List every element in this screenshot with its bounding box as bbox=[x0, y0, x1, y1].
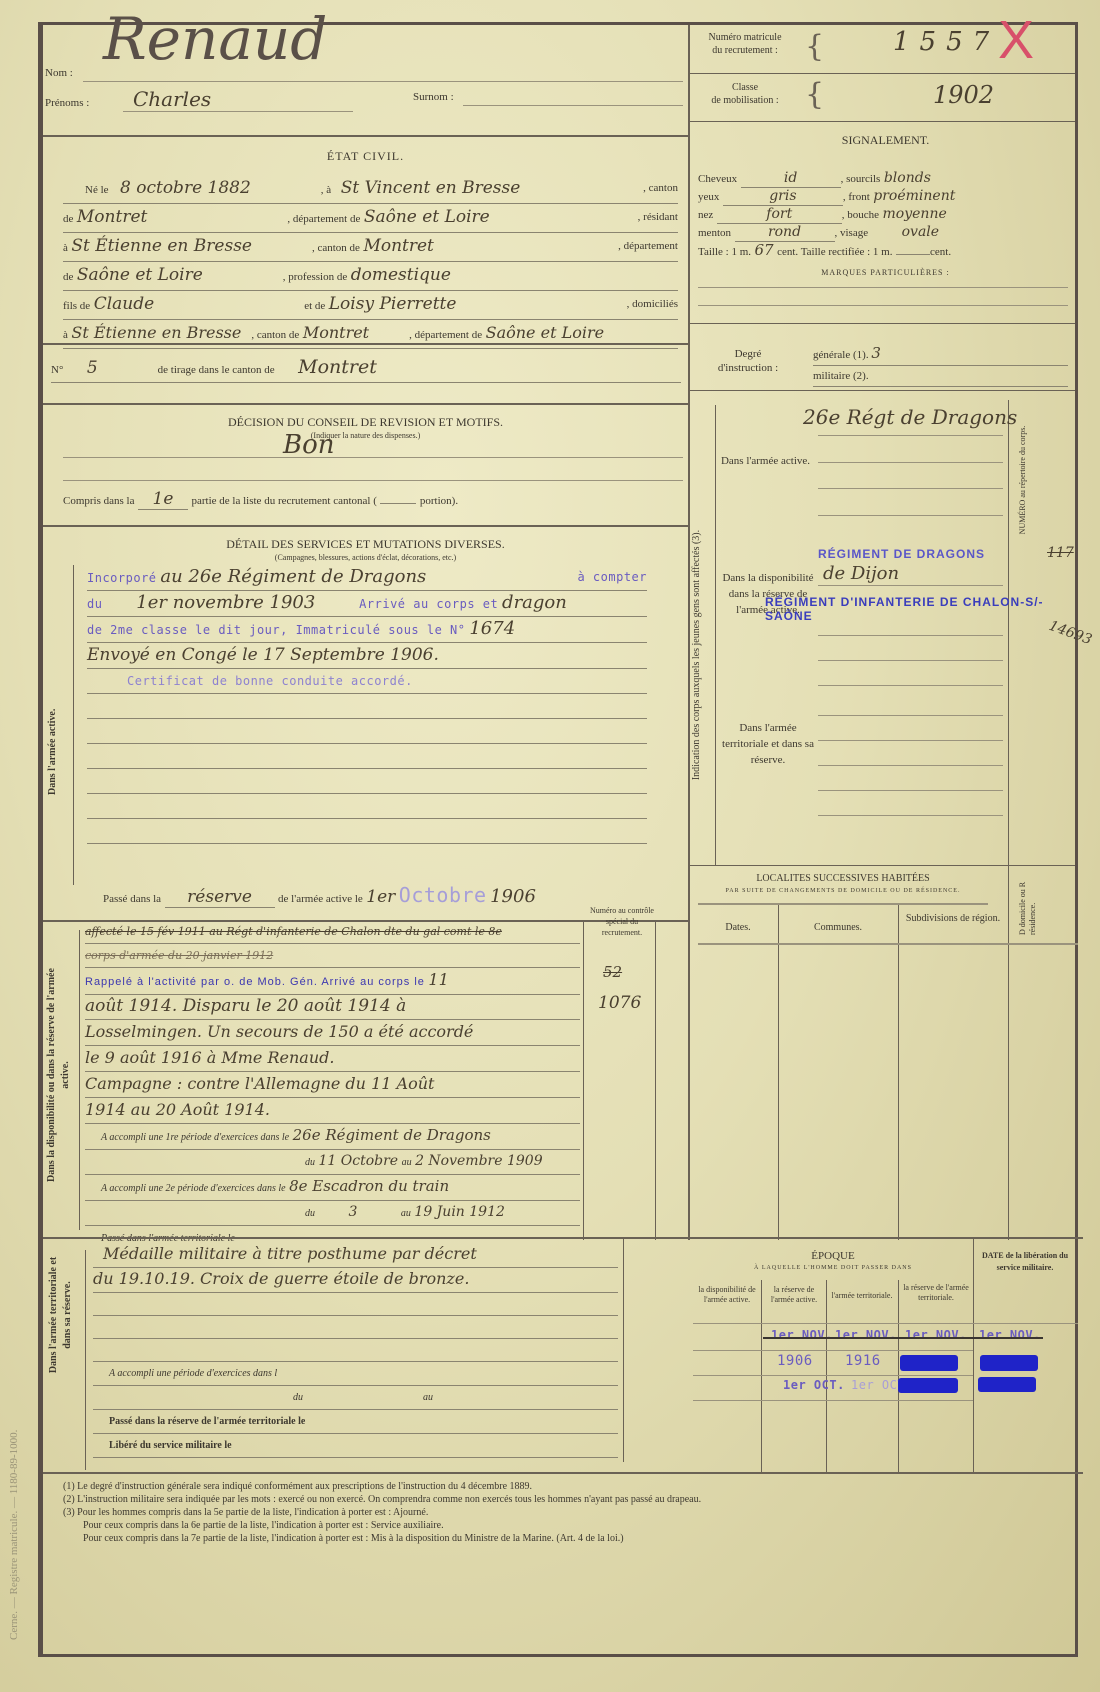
compris-row: Compris dans la 1e partie de la liste du… bbox=[63, 489, 458, 510]
compris-suffix: partie de la liste du recrutement canton… bbox=[192, 495, 377, 507]
birth-departement: Saône et Loire bbox=[364, 207, 490, 227]
passe-res-terr-label: Passé dans la réserve de l'armée territo… bbox=[109, 1416, 305, 1427]
stamp-a-compter: à compter bbox=[577, 565, 647, 589]
compris-label: Compris dans la bbox=[63, 495, 135, 507]
residence: St Étienne en Bresse bbox=[71, 236, 252, 256]
tirage-canton: Montret bbox=[298, 356, 377, 378]
epoque-r1-c2: 1er NOV. bbox=[835, 1328, 897, 1342]
prenoms-value: Charles bbox=[133, 87, 211, 111]
bouche-label: , bouche bbox=[842, 209, 879, 221]
a-prefix: à bbox=[63, 242, 68, 254]
col-subdivisions: Subdivisions de région. bbox=[903, 913, 1003, 925]
residence-canton: Montret bbox=[363, 236, 433, 256]
de-label: de bbox=[63, 213, 73, 225]
yeux-label: yeux bbox=[698, 191, 719, 203]
services-subtitle: (Campagnes, blessures, actions d'éclat, … bbox=[43, 553, 688, 562]
de-prefix: de bbox=[63, 271, 73, 283]
epoque-r2-c2: 1916 bbox=[845, 1353, 881, 1369]
margin-printer-text: Cerne. — Registre matricule. — 1180-89-1… bbox=[8, 1430, 20, 1640]
decision-title: DÉCISION DU CONSEIL DE REVISION ET MOTIF… bbox=[43, 415, 688, 430]
col-reserve-territoriale: la réserve de l'armée territoriale. bbox=[900, 1283, 972, 1303]
hand-campagne: Campagne : contre l'Allemagne du 11 Août bbox=[85, 1074, 434, 1093]
canton-label: , canton bbox=[643, 175, 678, 201]
hand-disparu: août 1914. Disparu le 20 août 1914 à bbox=[85, 996, 406, 1016]
col-dates: Dates. bbox=[703, 922, 773, 933]
birth-place: St Vincent en Bresse bbox=[341, 178, 521, 198]
epoque-title: ÉPOQUE bbox=[698, 1250, 968, 1262]
col-reserve-active: la réserve de l'armée active. bbox=[763, 1285, 825, 1305]
col-communes: Communes. bbox=[783, 922, 893, 933]
tirage-no: 5 bbox=[87, 358, 98, 378]
stamp-regiment-dragons: RÉGIMENT DE DRAGONS bbox=[818, 547, 985, 561]
hand-conge: Envoyé en Congé le 17 Septembre 1906. bbox=[87, 645, 439, 665]
nom-label: Nom : bbox=[45, 67, 73, 79]
birth-canton: Montret bbox=[77, 207, 147, 227]
departement2-label: , département bbox=[618, 233, 678, 259]
birth-date: 8 octobre 1882 bbox=[120, 178, 251, 198]
ink-blot bbox=[900, 1355, 958, 1371]
profession-label: , profession de bbox=[283, 271, 347, 283]
nom-value: Renaud bbox=[103, 5, 327, 73]
a-prefix-2: à bbox=[63, 329, 68, 341]
menton-label: menton bbox=[698, 227, 731, 239]
etat-civil-title: ÉTAT CIVIL. bbox=[43, 149, 688, 164]
footnote-5: Pour ceux compris dans la 7e partie de l… bbox=[63, 1532, 1073, 1545]
localites-side-label: D domicile ou R résidence. bbox=[1018, 865, 1038, 935]
red-mark-icon: X bbox=[998, 9, 1034, 71]
periode1-du-label: du bbox=[305, 1157, 315, 1168]
hand-campagne-fin: 1914 au 20 Août 1914. bbox=[85, 1100, 270, 1119]
cent-label: cent. bbox=[930, 246, 951, 258]
periode2-du-label: du bbox=[305, 1208, 315, 1219]
epoque-r2-c1: 1906 bbox=[777, 1353, 813, 1369]
epoque-r1-c4: 1er NOV. bbox=[979, 1328, 1041, 1342]
col-disponibilite: la disponibilité de l'armée active. bbox=[693, 1285, 761, 1305]
side-label-active: Dans l'armée active. bbox=[47, 709, 58, 795]
mother-name: Loisy Pierrette bbox=[329, 294, 457, 314]
affectations-side-label: Indication des corps auxquels les jeunes… bbox=[691, 445, 702, 865]
generale-label: générale (1). bbox=[813, 349, 869, 361]
periode2-du: 3 bbox=[349, 1204, 358, 1220]
instruction-label-1: Degré bbox=[735, 348, 762, 360]
affect-active-value: 26e Régt de Dragons bbox=[803, 405, 1017, 429]
decision-value: Bon bbox=[283, 430, 335, 460]
hand-regiment: au 26e Régiment de Dragons bbox=[160, 566, 426, 587]
services-territoriale-lines: Médaille militaire à titre posthume par … bbox=[93, 1243, 618, 1458]
nez-label: nez bbox=[698, 209, 713, 221]
bouche-value: moyenne bbox=[883, 206, 947, 222]
periode-terr-au: au bbox=[423, 1392, 433, 1403]
stamp-regiment-infanterie: RÉGIMENT D'INFANTERIE DE CHALON-S/-SAÔNE bbox=[765, 595, 1075, 623]
canton-de-label: , canton de bbox=[312, 242, 360, 254]
stamp-incorpore: Incorporé bbox=[87, 571, 157, 585]
brace-icon-2: { bbox=[805, 77, 824, 112]
periode1-au-label: au bbox=[402, 1157, 412, 1168]
periode1-au: 2 Novembre 1909 bbox=[415, 1153, 543, 1169]
dispo-hand-dijon: de Dijon bbox=[823, 563, 899, 584]
instruction-values: générale (1). 3 militaire (2). bbox=[813, 343, 1068, 387]
passe-date-year: 1906 bbox=[490, 886, 536, 907]
taille-label: Taille : 1 m. bbox=[698, 246, 751, 258]
periode2-au: 19 Juin 1912 bbox=[414, 1204, 504, 1220]
nez-value: fort bbox=[717, 206, 842, 224]
cheveux-value: id bbox=[741, 170, 841, 188]
instruction-label-2: d'instruction : bbox=[718, 362, 778, 374]
side-label-dispo: Dans la disponibilité ou dans la réserve… bbox=[45, 955, 73, 1195]
taille-value: 67 bbox=[755, 241, 774, 259]
footnote-2: (2) L'instruction militaire sera indiqué… bbox=[63, 1493, 1073, 1506]
footnotes: (1) Le degré d'instruction générale sera… bbox=[63, 1480, 1073, 1545]
hand-dragon: dragon bbox=[502, 592, 567, 613]
visage-value: ovale bbox=[902, 224, 939, 240]
prenoms-label: Prénoms : bbox=[45, 97, 89, 109]
instruction-label: Degréd'instruction : bbox=[698, 347, 798, 375]
classe-label-1: Classe bbox=[732, 82, 758, 93]
menton-value: rond bbox=[735, 224, 835, 242]
front-label: , front bbox=[843, 191, 870, 203]
ink-blot-3 bbox=[898, 1378, 958, 1393]
periode-terr-label: A accompli une période d'exercices dans … bbox=[109, 1368, 277, 1379]
services-dispo-lines: affecté le 15 fév 1911 au Régt d'infante… bbox=[85, 920, 580, 1250]
periode1-label: A accompli une 1re période d'exercices d… bbox=[101, 1132, 289, 1143]
domicilies-label: , domiciliés bbox=[627, 291, 678, 317]
front-value: proéminent bbox=[873, 188, 955, 204]
numero-controle-label: Numéro au contrôle spécial du recrutemen… bbox=[588, 905, 656, 938]
father-name: Claude bbox=[94, 294, 154, 314]
signalement-title: SIGNALEMENT. bbox=[693, 133, 1078, 148]
classe-value: 1902 bbox=[933, 81, 994, 109]
stamp-certificat: Certificat de bonne conduite accordé. bbox=[127, 674, 413, 688]
side-label-territoriale: Dans l'armée territoriale et dans sa rés… bbox=[47, 1255, 75, 1375]
numero-controle-value: 1076 bbox=[598, 993, 641, 1013]
column-divider bbox=[688, 25, 690, 1240]
yeux-value: gris bbox=[723, 188, 843, 206]
hand-date-incorporation: 1er novembre 1903 bbox=[136, 592, 315, 613]
ink-blot-4 bbox=[978, 1377, 1036, 1392]
periode1-du: 11 Octobre bbox=[319, 1153, 399, 1169]
passe-label: Passé dans la bbox=[103, 893, 161, 905]
localites-title: LOCALITES SUCCESSIVES HABITÉES bbox=[693, 873, 993, 884]
libere-label: Libéré du service militaire le bbox=[109, 1440, 232, 1451]
parents-departement: Saône et Loire bbox=[486, 323, 604, 342]
periode2-label: A accompli une 2e période d'exercices da… bbox=[101, 1183, 286, 1194]
departement-label: , département de bbox=[287, 213, 360, 225]
ne-le-label: Né le bbox=[63, 184, 109, 196]
portion-suffix: portion). bbox=[420, 495, 458, 507]
residence-departement: Saône et Loire bbox=[77, 265, 203, 285]
decision-subtitle: (Indiquer la nature des dispenses.) bbox=[43, 431, 688, 440]
sourcils-label: , sourcils bbox=[841, 173, 881, 185]
surnom-label: Surnom : bbox=[413, 91, 454, 103]
brace-icon: { bbox=[805, 29, 824, 64]
hand-secours: Losselmingen. Un secours de 150 a été ac… bbox=[85, 1022, 473, 1041]
departement3-label: , département de bbox=[409, 329, 482, 341]
hand-matricule-corps: 1674 bbox=[469, 618, 515, 639]
hand-rappel-day: 11 bbox=[428, 970, 448, 989]
dispo-num-struck: 117 bbox=[1047, 545, 1074, 561]
a-label: , à bbox=[321, 184, 331, 196]
epoque-r1-c1: 1er NOV. bbox=[771, 1328, 833, 1342]
parents-canton: Montret bbox=[303, 323, 369, 342]
footnote-1: (1) Le degré d'instruction générale sera… bbox=[63, 1480, 1073, 1493]
epoque-row-1: 1er NOV. 1er NOV. 1er NOV. 1er NOV. bbox=[763, 1328, 1073, 1348]
passe-date-day: 1er bbox=[366, 887, 395, 907]
compris-value: 1e bbox=[138, 489, 188, 510]
epoque-r3-c1: 1er OCT. bbox=[783, 1378, 845, 1392]
passe-value: réserve bbox=[165, 887, 275, 908]
hand-affecte-struck: affecté le 15 fév 1911 au Régt d'infante… bbox=[85, 925, 502, 938]
periode2-corps: 8e Escadron du train bbox=[289, 1177, 449, 1195]
cheveux-label: Cheveux bbox=[698, 173, 737, 185]
affect-terr-label: Dans l'armée territoriale et dans sa rés… bbox=[718, 720, 818, 768]
footnote-3: (3) Pour les hommes compris dans la 5e p… bbox=[63, 1506, 1073, 1519]
classe-label: Classede mobilisation : bbox=[695, 81, 795, 107]
periode1-corps: 26e Régiment de Dragons bbox=[293, 1126, 491, 1144]
periode2-au-label: au bbox=[401, 1208, 411, 1219]
ink-blot-2 bbox=[980, 1355, 1038, 1371]
tirage-row: N° 5de tirage dans le canton de Montret bbox=[51, 355, 681, 383]
epoque-r1-c3: 1er NOV. bbox=[905, 1328, 967, 1342]
hand-corps-armee-struck: corps d'armée du 20 janvier 1912 bbox=[85, 949, 273, 962]
matricule-value: 1557 bbox=[893, 27, 999, 57]
matricule-label-1: Numéro matricule bbox=[708, 32, 781, 43]
generale-value: 3 bbox=[871, 344, 881, 362]
hand-medaille: Médaille militaire à titre posthume par … bbox=[103, 1244, 477, 1263]
taille-cent-label: cent. Taille rectifiée : 1 m. bbox=[777, 246, 892, 258]
classe-label-2: de mobilisation : bbox=[711, 95, 778, 106]
services-active-lines: Incorporé au 26e Régiment de Dragons à c… bbox=[87, 565, 647, 844]
stamp-du: du bbox=[87, 597, 102, 611]
matricule-label-2: du recrutement : bbox=[712, 45, 778, 56]
sourcils-value: blonds bbox=[884, 170, 931, 186]
fils-de-label: fils de bbox=[63, 300, 90, 312]
epoque-subtitle: À LAQUELLE L'HOMME DOIT PASSER DANS bbox=[698, 1265, 968, 1271]
register-sheet: Renaud Nom : Prénoms : Charles Surnom : … bbox=[38, 22, 1078, 1657]
stamp-immatricule: de 2me classe le dit jour, Immatriculé s… bbox=[87, 623, 466, 637]
hand-secours-date: le 9 août 1916 à Mme Renaud. bbox=[85, 1048, 334, 1067]
passe-reserve-row: Passé dans la réserve de l'armée active … bbox=[103, 883, 536, 908]
signalement-block: Cheveux id, sourcils blonds yeux gris, f… bbox=[698, 170, 1073, 261]
profession: domestique bbox=[351, 265, 451, 285]
marques-label: MARQUES PARTICULIÈRES : bbox=[693, 268, 1078, 277]
stamp-rappele: Rappelé à l'activité par o. de Mob. Gén.… bbox=[85, 976, 425, 988]
footnote-4: Pour ceux compris dans la 6e partie de l… bbox=[63, 1519, 1073, 1532]
affect-active-label: Dans l'armée active. bbox=[718, 455, 813, 467]
passe-date-month: Octobre bbox=[399, 883, 487, 907]
tirage-label: de tirage dans le canton de bbox=[158, 364, 275, 376]
numero-repertoire-label: NUMÉRO au répertoire du corps. bbox=[1018, 415, 1028, 545]
hand-croix-guerre: du 19.10.19. Croix de guerre étoile de b… bbox=[93, 1269, 469, 1288]
et-de-label: et de bbox=[304, 300, 325, 312]
militaire-label: militaire (2). bbox=[813, 370, 869, 382]
localites-subtitle: PAR SUITE DE CHANGEMENTS DE DOMICILE OU … bbox=[693, 888, 993, 894]
col-territoriale: l'armée territoriale. bbox=[828, 1291, 896, 1301]
stamp-arrive: Arrivé au corps et bbox=[359, 597, 498, 611]
date-liberation-label: DATE de la libération du service militai… bbox=[975, 1250, 1075, 1274]
passe-mid: de l'armée active le bbox=[278, 893, 363, 905]
residant-label: , résidant bbox=[638, 204, 678, 230]
tirage-no-label: N° bbox=[51, 364, 63, 376]
visage-label: , visage bbox=[835, 227, 869, 239]
periode-terr-du: du bbox=[293, 1392, 303, 1403]
matricule-label: Numéro matriculedu recrutement : bbox=[695, 31, 795, 57]
parents-domicile: St Étienne en Bresse bbox=[71, 323, 241, 342]
canton3-label: , canton de bbox=[251, 329, 299, 341]
numero-controle-struck: 52 bbox=[603, 963, 622, 981]
services-title: DÉTAIL DES SERVICES ET MUTATIONS DIVERSE… bbox=[43, 537, 688, 552]
etat-civil-block: Né le 8 octobre 1882, à St Vincent en Br… bbox=[63, 175, 678, 349]
